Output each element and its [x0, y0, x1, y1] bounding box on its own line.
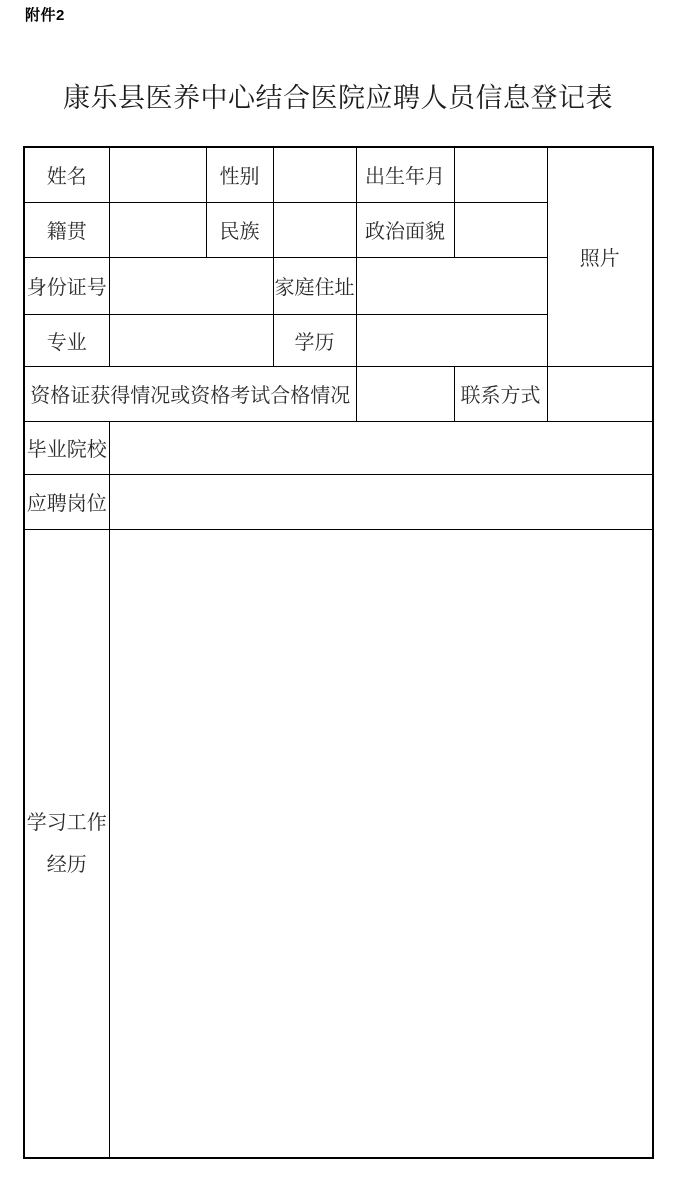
ethnicity-input-cell[interactable] — [273, 202, 356, 257]
field-label-home-address: 家庭住址 — [273, 257, 356, 314]
table-row: 姓名 性别 出生年月 照片 — [24, 147, 653, 202]
field-label-contact: 联系方式 — [454, 366, 547, 421]
field-label-name: 姓名 — [24, 147, 109, 202]
attachment-label: 附件2 — [25, 4, 65, 25]
experience-input-cell[interactable] — [109, 529, 653, 1158]
education-input-cell[interactable] — [356, 314, 547, 366]
photo-cell[interactable]: 照片 — [547, 147, 653, 366]
id-number-input-cell[interactable] — [109, 257, 273, 314]
graduate-school-input-cell[interactable] — [109, 421, 653, 474]
registration-table: 姓名 性别 出生年月 照片 籍贯 民族 政治面貌 身份证号 家庭住址 专业 学历 — [23, 146, 654, 1159]
contact-input-cell[interactable] — [547, 366, 653, 421]
political-status-input-cell[interactable] — [454, 202, 547, 257]
birth-date-input-cell[interactable] — [454, 147, 547, 202]
field-label-experience: 学习工作 经历 — [24, 529, 109, 1158]
page-title: 康乐县医养中心结合医院应聘人员信息登记表 — [0, 76, 676, 115]
field-label-id-number: 身份证号 — [24, 257, 109, 314]
name-input-cell[interactable] — [109, 147, 206, 202]
field-label-applied-position: 应聘岗位 — [24, 474, 109, 529]
qualification-input-cell[interactable] — [356, 366, 454, 421]
experience-label-line1: 学习工作 — [25, 801, 109, 843]
document-page: 附件2 康乐县医养中心结合医院应聘人员信息登记表 姓名 性别 出生年月 照片 籍… — [0, 0, 676, 1182]
field-label-native-place: 籍贯 — [24, 202, 109, 257]
applied-position-input-cell[interactable] — [109, 474, 653, 529]
major-input-cell[interactable] — [109, 314, 273, 366]
field-label-birth-date: 出生年月 — [356, 147, 454, 202]
table-row: 学习工作 经历 — [24, 529, 653, 1158]
home-address-input-cell[interactable] — [356, 257, 547, 314]
field-label-political-status: 政治面貌 — [356, 202, 454, 257]
field-label-gender: 性别 — [206, 147, 273, 202]
table-row: 应聘岗位 — [24, 474, 653, 529]
field-label-education: 学历 — [273, 314, 356, 366]
table-row: 毕业院校 — [24, 421, 653, 474]
field-label-graduate-school: 毕业院校 — [24, 421, 109, 474]
experience-label-line2: 经历 — [25, 843, 109, 885]
field-label-ethnicity: 民族 — [206, 202, 273, 257]
native-place-input-cell[interactable] — [109, 202, 206, 257]
field-label-qualification: 资格证获得情况或资格考试合格情况 — [24, 366, 356, 421]
field-label-major: 专业 — [24, 314, 109, 366]
table-row: 资格证获得情况或资格考试合格情况 联系方式 — [24, 366, 653, 421]
gender-input-cell[interactable] — [273, 147, 356, 202]
